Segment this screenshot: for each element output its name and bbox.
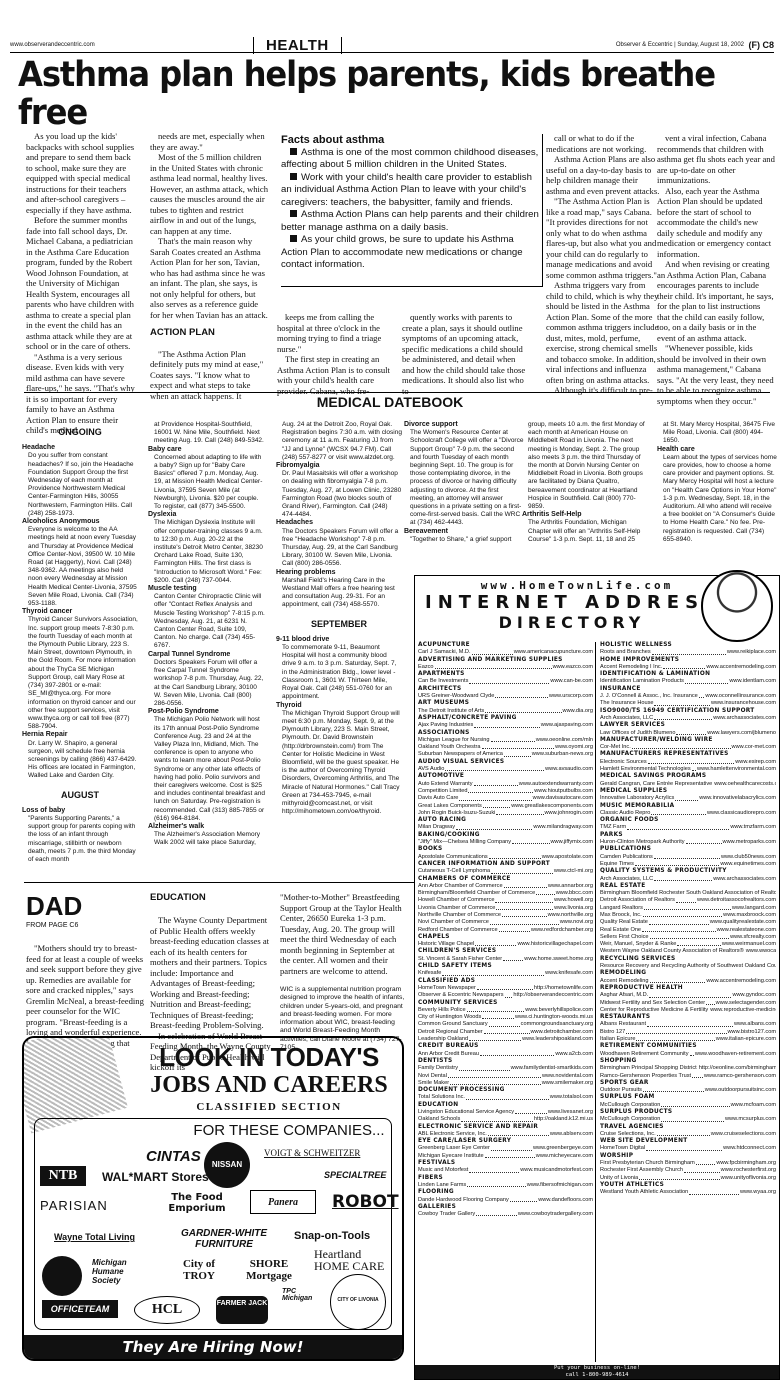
paragraph: That's the main reason why Sarah Coates …: [150, 236, 270, 320]
directory-entry[interactable]: Asghar Afsari, M.D.www.gyndoc.com: [600, 992, 776, 999]
directory-category: ORGANIC FOODS: [600, 817, 776, 824]
business-name: TMZ Farm: [600, 824, 626, 831]
directory-entry[interactable]: Innovative Laboratory Acrylicswww.innova…: [600, 795, 776, 802]
business-name: Leadership Oakland: [418, 1036, 468, 1043]
web-address-link[interactable]: www.suburban-news.org: [532, 751, 593, 758]
directory-entry[interactable]: Novi Chamber of Commercewww.novi.org: [418, 919, 593, 926]
web-address-link[interactable]: www.oconnellinsurance.com: [705, 693, 776, 700]
logo-gardner-white: GARDNER-WHITE FURNITURE: [174, 1228, 274, 1250]
directory-entry[interactable]: Northville Chamber of Commercewww.northv…: [418, 912, 593, 919]
web-address-link[interactable]: www.musicandmotorfest.com: [520, 1167, 593, 1174]
business-name: Great Lakes Components: [418, 803, 482, 810]
web-address-link[interactable]: www.novi.org: [560, 919, 593, 926]
directory-entry[interactable]: The Insurance Housewww.insurancehouse.co…: [600, 700, 776, 707]
directory-entry[interactable]: Michigan League for Nursingwww.oeonline.…: [418, 737, 593, 744]
directory-entry[interactable]: Outdoor Pursuitswww.outdoorpursuitsinc.c…: [600, 1087, 776, 1094]
web-address-link[interactable]: www.avsaudio.com: [545, 766, 593, 773]
web-address-link[interactable]: www.home.sweet.home.org: [524, 956, 593, 963]
ad-line-1: LOOK IN TODAY'S: [134, 1042, 404, 1073]
directory-entry[interactable]: Birmingham Principal Shopping Districtht…: [600, 1065, 776, 1072]
directory-category: SURPLUS PRODUCTS: [600, 1109, 776, 1116]
web-address-link[interactable]: www.accentremodeling.com: [706, 978, 776, 985]
directory-entry[interactable]: Huron-Clinton Metropark Authoritywww.met…: [600, 839, 776, 846]
directory-category: CREDIT BUREAUS: [418, 1043, 593, 1050]
web-address-link[interactable]: www.americanacupuncture.com: [514, 649, 593, 656]
directory-entry[interactable]: Cruise Selections, Inc.www.cruiseselecti…: [600, 1131, 776, 1138]
leader-dots: [480, 1051, 554, 1056]
web-address-link[interactable]: www.oeonline.com/mln: [536, 737, 593, 744]
web-address-link[interactable]: www.classicaudiorepro.com: [707, 810, 776, 817]
directory-entry[interactable]: Greenberg Laser Eye Centerwww.greenberge…: [418, 1145, 593, 1152]
logo-panera: Panera: [250, 1190, 316, 1214]
web-address-link[interactable]: www.urscorp.com: [549, 693, 593, 700]
logo-voigt: VOIGT & SCHWEITZER: [264, 1148, 360, 1158]
web-address-link[interactable]: www.tmzfarm.com: [730, 824, 776, 831]
directory-entry[interactable]: Milan Dragwaywww.milandragway.com: [418, 824, 593, 831]
section-august: AUGUST: [22, 791, 138, 799]
directory-entry[interactable]: Arch Associates, LLCwww.archassociates.c…: [600, 715, 776, 722]
business-name: Asghar Afsari, M.D.: [600, 992, 648, 999]
web-address-link[interactable]: www.autoextendwarranty.com: [519, 781, 593, 788]
directory-entry[interactable]: Common Ground Sanctuarycommongroundsanct…: [418, 1021, 593, 1028]
directory-entry[interactable]: McCullough Corporationwww.mcsurplus.com: [600, 1116, 776, 1123]
datebook-entry: Loss of baby"Parents Supporting Parents,…: [22, 807, 138, 864]
web-address-link[interactable]: www.oyomi.org: [555, 744, 593, 751]
dad-article: DAD FROM PAGE C6 "Mothers should try to …: [26, 892, 146, 1059]
directory-entry[interactable]: Apostolate Communicationswww.apostolate.…: [418, 854, 593, 861]
web-address-link[interactable]: www.metroparks.com: [723, 839, 776, 846]
directory-entry[interactable]: Ajax Paving Industrieswww.ajaxpaving.com: [418, 722, 593, 729]
entry-title: Thyroid cancer: [22, 608, 138, 616]
web-address-link[interactable]: www.familydentist-smartkids.com: [511, 1065, 593, 1072]
web-address-link[interactable]: www.selectagender.com: [716, 1000, 776, 1007]
web-address-link[interactable]: www.milandragway.com: [533, 824, 593, 831]
business-name: AVS Audio: [418, 766, 444, 773]
leader-dots: [482, 1014, 514, 1019]
web-address-link[interactable]: www.micheyecare.com: [536, 1153, 593, 1160]
web-address-link[interactable]: www.mcsurplus.com: [725, 1116, 776, 1123]
entry-title: Carpal Tunnel Syndrome: [148, 651, 266, 659]
business-name: Northville Chamber of Commerce: [418, 912, 501, 919]
web-address-link[interactable]: www.htdconnect.com: [723, 1145, 776, 1152]
web-address-link[interactable]: www.insurancehouse.com: [711, 700, 776, 707]
web-address-link[interactable]: www.accentremodeling.com: [706, 664, 776, 671]
web-address-link[interactable]: www.hioutputbulbs.com: [534, 788, 593, 795]
web-address-link[interactable]: www.maxbroock.com: [723, 912, 776, 919]
leader-dots: [650, 978, 706, 983]
web-address-link[interactable]: www.ablserv.com: [550, 1131, 593, 1138]
directory-entry[interactable]: Can Be Investmentswww.can-be.com: [418, 678, 593, 685]
directory-entry[interactable]: Leadership Oaklandwww.leadershipoakland.…: [418, 1036, 593, 1043]
business-name: Bistro 127: [600, 1029, 625, 1036]
directory-entry[interactable]: McCullough Corporationwww.mcfoam.com: [600, 1102, 776, 1109]
web-address-link[interactable]: www.ramco-gershenson.com: [704, 1073, 776, 1080]
directory-entry[interactable]: Davis Auto Carewww.davisautocare.com: [418, 795, 593, 802]
directory-entry[interactable]: AVS Audiowww.avsaudio.com: [418, 766, 593, 773]
entry-text: The Doctors Speakers Forum will offer a …: [276, 528, 402, 569]
directory-entry[interactable]: Italian Epicurewww.italian-epicure.com: [600, 1036, 776, 1043]
directory-entry[interactable]: Birmingham/Bloomfield Chamber of Commerc…: [418, 890, 593, 897]
datebook-entry: Alzheimer's walkThe Alzheimer's Associat…: [148, 823, 266, 848]
directory-category: MEDICAL SUPPLIES: [600, 788, 776, 795]
web-address-link[interactable]: www.jiffymix.com: [551, 839, 593, 846]
directory-entry[interactable]: Historic Village Chapelwww.historicvilla…: [418, 941, 593, 948]
paragraph: The Wayne County Department of Public He…: [150, 915, 275, 1031]
web-address-link[interactable]: www.greatlakescomponents.com: [511, 803, 593, 810]
web-address-link[interactable]: www.livesanet.org: [548, 1109, 593, 1116]
directory-entry[interactable]: Michigan Eyecare Institutewww.micheyecar…: [418, 1153, 593, 1160]
directory-entry[interactable]: Cowboy Trader Gallerywww.cowboytradergal…: [418, 1211, 593, 1218]
directory-category: CHILD SAFETY ITEMS: [418, 963, 593, 970]
business-name: Camden Publications: [600, 854, 653, 861]
directory-category: DOCUMENT PROCESSING: [418, 1087, 593, 1094]
web-address-link[interactable]: http://observerandeccentric.com: [513, 992, 593, 999]
paragraph: Most of the 5 million children in the Un…: [150, 152, 270, 236]
web-address-link[interactable]: www.equinetimes.com: [720, 861, 776, 868]
web-address-link[interactable]: www.historicvillagechapel.com: [517, 941, 593, 948]
web-address-link[interactable]: www.wwocar.com: [746, 948, 776, 955]
directory-entry[interactable]: Novi Dentalwww.novidental.com: [418, 1073, 593, 1080]
directory-category: CHAMBERS OF COMMERCE: [418, 876, 593, 883]
leader-dots: [696, 1160, 716, 1165]
directory-entry[interactable]: Linden Lane Farmswww.fibersofmichigan.co…: [418, 1182, 593, 1189]
datebook-entry: HeadacheDo you suffer from constant head…: [22, 444, 138, 518]
web-address-link[interactable]: www.cor-met.com: [732, 744, 776, 751]
business-name: Davis Auto Care: [418, 795, 458, 802]
business-name: Observer & Eccentric Newspapers: [418, 992, 504, 999]
directory-category: ISO9000/TS 16949 CERTIFICATION SUPPORT: [600, 708, 776, 715]
directory-category: AUDIO VISUAL SERVICES: [418, 759, 593, 766]
directory-entry[interactable]: Competition Limitedwww.hioutputbulbs.com: [418, 788, 593, 795]
web-address-link[interactable]: www.beverlyhillspolice.com: [525, 1007, 593, 1014]
datebook-entry: Muscle testingCanton Center Chiropractic…: [148, 585, 266, 651]
leader-dots: [483, 803, 510, 808]
entry-text: Canton Center Chiropractic Clinic will o…: [148, 593, 266, 650]
web-address-link[interactable]: www.detroitassocofrealtors.com: [697, 897, 776, 904]
directory-entry[interactable]: ABL Electronic Service, Inc.www.ablserv.…: [418, 1131, 593, 1138]
directory-entry[interactable]: Unity of Livoniawww.unityoflivonia.org: [600, 1175, 776, 1182]
business-name: Westland Youth Athletic Association: [600, 1189, 688, 1196]
directory-entry[interactable]: Westland Youth Athletic Associationwww.w…: [600, 1189, 776, 1196]
web-address-link[interactable]: www.wyaa.org: [740, 1189, 776, 1196]
web-address-link[interactable]: www.fpcbirmingham.org: [716, 1160, 776, 1167]
web-address-link[interactable]: www.annarbor.org: [548, 883, 593, 890]
paragraph: Asthma Action Plans are also useful on a…: [546, 154, 662, 196]
directory-entry[interactable]: Auto Extend Warrantywww.autoextendwarran…: [418, 781, 593, 788]
dad-col-3: "Mother-to-Mother" Breastfeeding Support…: [280, 892, 405, 1052]
leader-dots: [685, 678, 728, 683]
directory-entry[interactable]: J. J. O'Connell & Assoc., Inc. Insurance…: [600, 693, 776, 700]
directory-category: RESTAURANTS: [600, 1014, 776, 1021]
leader-dots: [435, 664, 552, 669]
directory-entry[interactable]: Cutaneous T-Cell Lymphomawww.ctcl-mi.org: [418, 868, 593, 875]
directory-entry[interactable]: Electronic Sourceswww.esirep.com: [600, 759, 776, 766]
jobs-ad[interactable]: LOOK IN TODAY'S JOBS AND CAREERS CLASSIF…: [22, 1036, 404, 1361]
web-address-link[interactable]: www.oehealthcarecosts.com: [714, 781, 776, 788]
directory-entry[interactable]: Resource Recovery and Recycling Authorit…: [600, 963, 776, 970]
leader-dots: [442, 970, 544, 975]
web-address-link[interactable]: www.totalsol.com: [550, 1094, 593, 1101]
leader-dots: [661, 1116, 724, 1121]
directory-category: WORSHIP: [600, 1153, 776, 1160]
business-name: Center for Reproductive Medicine & Ferti…: [600, 1007, 708, 1014]
subhead-action-plan: ACTION PLAN: [150, 328, 270, 339]
directory-entry[interactable]: Detroit Association of Realtorswww.detro…: [600, 897, 776, 904]
directory-entry[interactable]: HomeTown Digitalwww.htdconnect.com: [600, 1145, 776, 1152]
web-address-link[interactable]: www.fibersofmichigan.com: [527, 1182, 593, 1189]
directory-entry[interactable]: Quality Real Estatewww.qualityrealestate…: [600, 919, 776, 926]
web-address-link[interactable]: commongroundsanctuary.org: [521, 1021, 593, 1028]
business-name: Resource Recovery and Recycling Authorit…: [600, 963, 776, 970]
business-name: Greenberg Laser Eye Center: [418, 1145, 490, 1152]
section-label: HEALTH: [253, 37, 342, 54]
directory-entry[interactable]: Music and Motorfestwww.musicandmotorfest…: [418, 1167, 593, 1174]
leader-dots: [504, 883, 547, 888]
web-address-link[interactable]: www.livonia.org: [554, 905, 593, 912]
directory-entry[interactable]: Oakland Schoolshttp://oakland.k12.mi.us: [418, 1116, 593, 1123]
directory-entry[interactable]: Observer & Eccentric Newspapershttp://ob…: [418, 992, 593, 999]
entry-text: Marshall Field's Hearing Care in the Wes…: [276, 577, 402, 610]
web-address-link[interactable]: www.outdoorpursuitsinc.com: [705, 1087, 776, 1094]
directory-entry[interactable]: Redford Chamber of Commercewww.redfordch…: [418, 927, 593, 934]
directory-entry[interactable]: URS Greiner-Woodward Clydewww.urscorp.co…: [418, 693, 593, 700]
web-address-link[interactable]: www.redfordchamber.org: [531, 927, 593, 934]
web-address-link[interactable]: www.howell.org: [554, 897, 593, 904]
datebook-entry: Hernia RepairDr. Larry W. Shapiro, a gen…: [22, 731, 138, 780]
web-address-link[interactable]: www.innovativelabacrylics.com: [699, 795, 776, 802]
business-name: Unity of Livonia: [600, 1175, 638, 1182]
leader-dots: [676, 730, 706, 735]
directory-category: REMODELING: [600, 970, 776, 977]
directory-category: CHILDREN'S SERVICES: [418, 948, 593, 955]
directory-entry[interactable]: Max Broock, Inc.www.maxbroock.com: [600, 912, 776, 919]
web-address-link[interactable]: www.gyndoc.com: [732, 992, 776, 999]
directory-entry[interactable]: John Rogin Buick-Isuzu-Suzukiwww.johnrog…: [418, 810, 593, 817]
web-address-link[interactable]: www.woodhaven-retirement.com: [695, 1051, 776, 1058]
web-address-link[interactable]: www.ci.huntington-woods.mi.us: [515, 1014, 593, 1021]
directory-entry[interactable]: TMZ Farmwww.tmzfarm.com: [600, 824, 776, 831]
directory-category: HOLISTIC WELLNESS: [600, 642, 776, 649]
ad-footer: They Are Hiring Now!: [24, 1335, 402, 1359]
directory-entry[interactable]: Knifesafewww.knifesafe.com: [418, 970, 593, 977]
web-address-link[interactable]: www.apostolate.com: [542, 854, 593, 861]
directory-category: REAL ESTATE: [600, 883, 776, 890]
web-address-link[interactable]: www.sfcrealty.com: [730, 934, 776, 941]
entry-title: Alzheimer's walk: [148, 823, 266, 831]
directory-entry[interactable]: Livingston Educational Service Agencywww…: [418, 1109, 593, 1116]
directory-entry[interactable]: Ramco-Gershenson Properties Trustwww.ram…: [600, 1073, 776, 1080]
directory-entry[interactable]: Carl J Samacki, M.D.www.americanacupunct…: [418, 649, 593, 656]
paragraph: vent a viral infection, Cabana recommend…: [657, 133, 775, 186]
leader-dots: [642, 927, 716, 932]
directory-entry[interactable]: Identification Lamination Productswww.id…: [600, 678, 776, 685]
directory-entry[interactable]: "Jiffy" Mix—Chelsea Milling Companywww.j…: [418, 839, 593, 846]
directory-entry[interactable]: Langard Realtorswww.langard.com: [600, 905, 776, 912]
web-address-link[interactable]: www.cruiseselections.com: [711, 1131, 776, 1138]
directory-entry[interactable]: Smile Makerwww.smilemaker.org: [418, 1080, 593, 1087]
directory-entry[interactable]: Center for Reproductive Medicine & Ferti…: [600, 1007, 776, 1014]
directory-entry[interactable]: Detroit Regional Chamberwww.detroitchamb…: [418, 1029, 593, 1036]
directory-entry[interactable]: Cor-Met Inc.www.cor-met.com: [600, 744, 776, 751]
leader-dots: [485, 1153, 535, 1158]
web-address-link[interactable]: http://oeonline.com/birmingham: [699, 1065, 776, 1072]
business-name: The Detroit Institute of Arts: [418, 708, 484, 715]
web-address-link[interactable]: www.identlam.com: [729, 678, 776, 685]
directory-entry[interactable]: Weir, Manuel, Snyder & Rankewww.weirmanu…: [600, 941, 776, 948]
web-address-link[interactable]: www.reproductive-medicine.com: [710, 1007, 776, 1014]
directory-entry[interactable]: Camden Publicationswww.club50news.com: [600, 854, 776, 861]
web-address-link[interactable]: http://hometownlife.com: [534, 985, 593, 992]
web-address-link[interactable]: www.greenbergeye.com: [533, 1145, 593, 1152]
web-address-link[interactable]: www.dia.org: [563, 708, 593, 715]
directory-entry[interactable]: Rochester First Assembly Churchwww.roche…: [600, 1167, 776, 1174]
business-name: Milan Dragway: [418, 824, 455, 831]
directory-entry[interactable]: Eazcowww.eazco.com: [418, 664, 593, 671]
entry-title: Thyroid: [276, 702, 402, 710]
business-name: "Jiffy" Mix—Chelsea Milling Company: [418, 839, 511, 846]
web-address-link[interactable]: www.cowboytradergallery.com: [518, 1211, 593, 1218]
web-address-link[interactable]: www.bbcc.com: [556, 890, 593, 897]
directory-category: QUALITY SYSTEMS & PRODUCTIVITY: [600, 868, 776, 875]
directory-entry[interactable]: Suburban Newspapers of Americawww.suburb…: [418, 751, 593, 758]
directory-entry[interactable]: Woodhaven Retirement Communitywww.woodha…: [600, 1051, 776, 1058]
web-address-link[interactable]: www.a2cb.com: [555, 1051, 593, 1058]
directory-category: RETIREMENT COMMUNITIES: [600, 1043, 776, 1050]
directory-entry[interactable]: Ann Arbor Credit Bureauwww.a2cb.com: [418, 1051, 593, 1058]
leader-dots: [474, 781, 518, 786]
directory-entry[interactable]: Real Estate Onewww.realestateone.com: [600, 927, 776, 934]
business-name: Max Broock, Inc.: [600, 912, 642, 919]
leader-dots: [639, 1175, 719, 1180]
directory-entry[interactable]: Sellers First Choicewww.sfcrealty.com: [600, 934, 776, 941]
logo-tpc-michigan: TPC Michigan: [282, 1288, 322, 1302]
business-name: Can Be Investments: [418, 678, 468, 685]
web-address-link[interactable]: www.weirmanuel.com: [722, 941, 776, 948]
leader-dots: [643, 912, 723, 917]
web-address-link[interactable]: www.can-be.com: [550, 678, 593, 685]
web-address-link[interactable]: www.eazco.com: [553, 664, 593, 671]
business-name: Historic Village Chapel: [418, 941, 474, 948]
directory-entry[interactable]: Arch Associates, LLCwww.archassociates.c…: [600, 876, 776, 883]
directory-entry[interactable]: Livonia Chamber of Commercewww.livonia.o…: [418, 905, 593, 912]
web-address-link[interactable]: www.qualityrealestate.com: [710, 919, 776, 926]
leader-dots: [475, 941, 516, 946]
web-address-link[interactable]: www.johnrogin.com: [545, 810, 594, 817]
web-address-link[interactable]: www.albans.com: [734, 1021, 776, 1028]
footer-phone[interactable]: call 1-800-989-4614: [415, 1372, 779, 1379]
directory-category: ARCHITECTS: [418, 686, 593, 693]
leader-dots: [647, 1021, 733, 1026]
business-name: Oakland Youth Orchestra: [418, 744, 481, 751]
directory-entry[interactable]: Birmingham Bloomfield Rochester South Oa…: [600, 890, 776, 897]
directory-entry[interactable]: Gerald Cangran, Care Entrée Representati…: [600, 781, 776, 788]
directory-entry[interactable]: Accent Remodeling I Inc.www.accentremode…: [600, 664, 776, 671]
business-name: Detroit Association of Realtors: [600, 897, 675, 904]
directory-entry[interactable]: Howell Chamber of Commercewww.howell.org: [418, 897, 593, 904]
logo-specialtree: SPECIALTREE: [324, 1170, 386, 1180]
web-address-link[interactable]: www.novidental.com: [542, 1073, 593, 1080]
divider: [24, 882, 414, 883]
directory-entry[interactable]: Family Dentistrywww.familydentist-smartk…: [418, 1065, 593, 1072]
directory-entry[interactable]: Law Offices of Judith Blumenowww.lawyers…: [600, 730, 776, 737]
web-address-link[interactable]: www.davisautocare.com: [533, 795, 593, 802]
web-address-link[interactable]: www.bistro127.com: [728, 1029, 777, 1036]
web-address-link[interactable]: www.knifesafe.com: [545, 970, 593, 977]
directory-entry[interactable]: City of Huntington Woodswww.ci.huntingto…: [418, 1014, 593, 1021]
web-address-link[interactable]: www.club50news.com: [721, 854, 776, 861]
leader-dots: [485, 708, 561, 713]
logo-humane-society: Michigan Humane Society: [92, 1258, 152, 1285]
directory-entry[interactable]: The Detroit Institute of Artswww.dia.org: [418, 708, 593, 715]
web-address-link[interactable]: www.smilemaker.org: [542, 1080, 593, 1087]
business-name: Eazco: [418, 664, 434, 671]
leader-dots: [461, 1116, 533, 1121]
directory-entry[interactable]: Equine Timeswww.equinetimes.com: [600, 861, 776, 868]
web-address-link[interactable]: www.langard.com: [732, 905, 776, 912]
directory-entry[interactable]: Ann Arbor Chamber of Commercewww.annarbo…: [418, 883, 593, 890]
web-address-link[interactable]: www.rochesterfirst.org: [721, 1167, 776, 1174]
directory-entry[interactable]: First Presbyterian Church Birminghamwww.…: [600, 1160, 776, 1167]
web-address-link[interactable]: www.archassociates.com: [713, 876, 776, 883]
directory-entry[interactable]: Great Lakes Componentswww.greatlakescomp…: [418, 803, 593, 810]
directory-category: YOUTH ATHLETICS: [600, 1182, 776, 1189]
footer-line-1: Put your business on-line!: [415, 1365, 779, 1372]
web-address-link[interactable]: www.esirep.com: [735, 759, 776, 766]
directory-entry[interactable]: Roots and Brancheswww.reikiplace.com: [600, 649, 776, 656]
business-name: Woodhaven Retirement Community: [600, 1051, 689, 1058]
web-address-link[interactable]: www.ctcl-mi.org: [554, 868, 593, 875]
entry-text: The Michigan Dyslexia Institute will off…: [148, 519, 266, 585]
directory-entry[interactable]: Midwest Fertility and Sex Selection Cent…: [600, 1000, 776, 1007]
web-address-link[interactable]: www.mcfoam.com: [731, 1102, 776, 1109]
web-address-link[interactable]: www.hamlettenvironmental.com: [697, 766, 776, 773]
web-address-link[interactable]: http://oakland.k12.mi.us: [534, 1116, 593, 1123]
paragraph: And when revising or creating an Asthma …: [657, 259, 775, 343]
web-address-link[interactable]: www.detroitchamber.com: [531, 1029, 594, 1036]
web-address-link[interactable]: www.northville.org: [548, 912, 593, 919]
directory-entry[interactable]: St. Vincent & Sarah Fisher Centerwww.hom…: [418, 956, 593, 963]
entry-text: "Parents Supporting Parents," a support …: [22, 815, 138, 864]
leader-dots: [627, 824, 729, 829]
business-name: Carl J Samacki, M.D.: [418, 649, 471, 656]
web-address-link[interactable]: www.italian-epicure.com: [716, 1036, 776, 1043]
directory-entry[interactable]: Western Wayne Oakland County Association…: [600, 948, 776, 955]
web-address-link[interactable]: www.realestateone.com: [717, 927, 776, 934]
web-address-link[interactable]: www.unityoflivonia.org: [721, 1175, 776, 1182]
web-address-link[interactable]: www.lawyers.com/jblumeno: [707, 730, 776, 737]
web-address-link[interactable]: www.archassociates.com: [713, 715, 776, 722]
directory-entry[interactable]: Bistro 127www.bistro127.com: [600, 1029, 776, 1036]
web-address-link[interactable]: www.dandefloors.com: [538, 1197, 593, 1204]
directory-entry[interactable]: Beverly Hills Policewww.beverlyhillspoli…: [418, 1007, 593, 1014]
directory-entry[interactable]: Classic Audio Reprowww.classicaudiorepro…: [600, 810, 776, 817]
article-col-4: quently works with parents to create a p…: [402, 312, 527, 396]
web-address-link[interactable]: www.reikiplace.com: [727, 649, 776, 656]
leader-dots: [448, 1073, 541, 1078]
directory-entry[interactable]: Oakland Youth Orchestrawww.oyomi.org: [418, 744, 593, 751]
web-address-link[interactable]: www.leadershipoakland.com: [522, 1036, 593, 1043]
directory-entry[interactable]: Albans Restaurantwww.albans.com: [600, 1021, 776, 1028]
business-name: St. Vincent & Sarah Fisher Center: [418, 956, 502, 963]
directory-entry[interactable]: HomeTown Newspaperhttp://hometownlife.co…: [418, 985, 593, 992]
directory-category: ASPHALT/CONCRETE PAVING: [418, 715, 593, 722]
directory-entry[interactable]: Accent Remodelingwww.accentremodeling.co…: [600, 978, 776, 985]
directory-category: WEB SITE DEVELOPMENT: [600, 1138, 776, 1145]
directory-entry[interactable]: Dande Hardwood Flooring Companywww.dande…: [418, 1197, 593, 1204]
directory-entry[interactable]: Total Solutions Inc.www.totalsol.com: [418, 1094, 593, 1101]
web-address-link[interactable]: www.ajaxpaving.com: [541, 722, 593, 729]
directory-entry[interactable]: Hamlett Environmental Technologieswww.ha…: [600, 766, 776, 773]
